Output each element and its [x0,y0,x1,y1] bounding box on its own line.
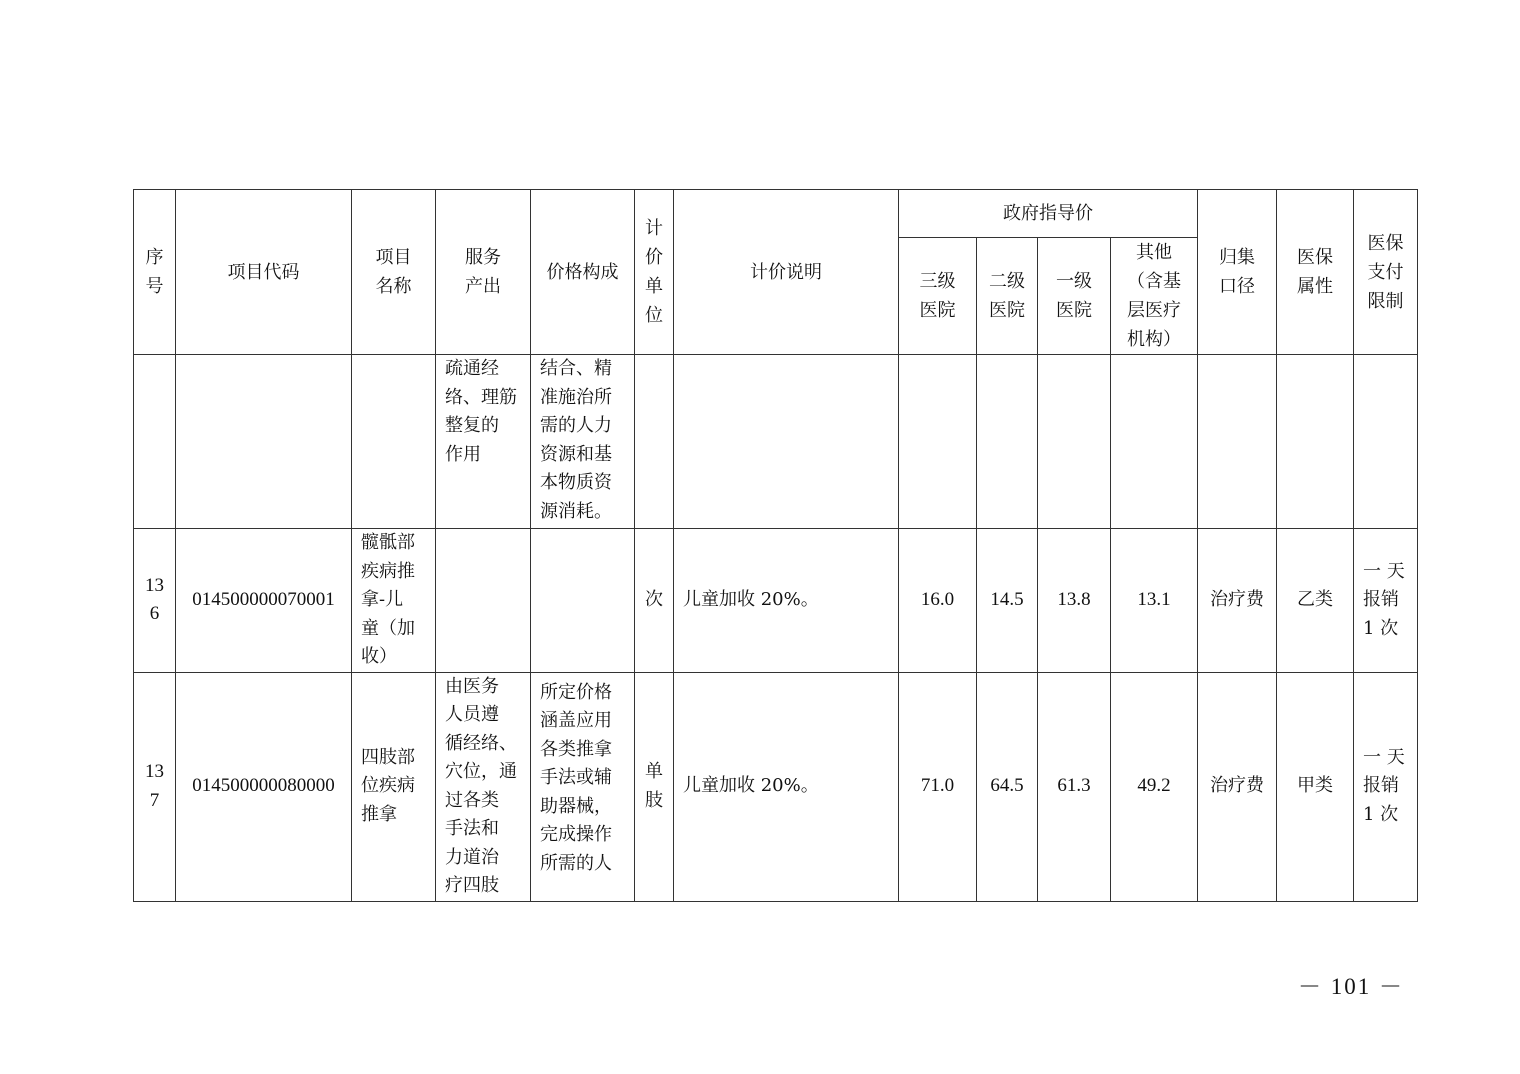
header-insurance-attr: 医保 属性 [1277,190,1354,355]
cell-price-composition: 结合、精 准施治所 需的人力 资源和基 本物质资 源消耗。 [531,355,635,529]
cell-insurance-attr: 甲类 [1277,672,1354,901]
cell-seq: 13 7 [134,672,176,901]
cell-level1: 13.8 [1038,529,1111,673]
header-seq: 序 号 [134,190,176,355]
cell-level1: 61.3 [1038,672,1111,901]
table-row: 13 6 014500000070001 髋骶部 疾病推 拿-儿 童（加 收） … [134,529,1418,673]
cell-other [1111,355,1198,529]
cell-other: 13.1 [1111,529,1198,673]
cell-level3 [899,355,977,529]
cell-level2: 64.5 [977,672,1038,901]
cell-service [436,529,531,673]
header-category: 归集 口径 [1198,190,1277,355]
cell-category: 治疗费 [1198,529,1277,673]
cell-pricing-notes: 儿童加收 20%。 [674,672,899,901]
cell-price-composition [531,529,635,673]
header-code: 项目代码 [176,190,352,355]
cell-name: 髋骶部 疾病推 拿-儿 童（加 收） [352,529,436,673]
cell-code: 014500000070001 [176,529,352,673]
price-table: 序 号 项目代码 项目 名称 服务 产出 价格构成 计 价 单 位 计价说明 政… [133,189,1418,902]
header-level3: 三级 医院 [899,238,977,355]
header-pricing-notes: 计价说明 [674,190,899,355]
cell-insurance-attr: 乙类 [1277,529,1354,673]
cell-name: 四肢部 位疾病 推拿 [352,672,436,901]
cell-name [352,355,436,529]
header-other: 其他 （含基 层医疗 机构） [1111,238,1198,355]
cell-code: 014500000080000 [176,672,352,901]
cell-pricing-notes [674,355,899,529]
cell-seq: 13 6 [134,529,176,673]
cell-service: 疏通经 络、理筋 整复的 作用 [436,355,531,529]
header-unit: 计 价 单 位 [635,190,674,355]
table-row: 疏通经 络、理筋 整复的 作用 结合、精 准施治所 需的人力 资源和基 本物质资… [134,355,1418,529]
cell-seq [134,355,176,529]
cell-level1 [1038,355,1111,529]
table-row: 13 7 014500000080000 四肢部 位疾病 推拿 由医务 人员遵 … [134,672,1418,901]
cell-unit: 单 肢 [635,672,674,901]
cell-level3: 16.0 [899,529,977,673]
header-name: 项目 名称 [352,190,436,355]
header-level1: 一级 医院 [1038,238,1111,355]
cell-code [176,355,352,529]
cell-category: 治疗费 [1198,672,1277,901]
cell-insurance-limit: 一 天 报销 1 次 [1354,672,1418,901]
cell-insurance-limit [1354,355,1418,529]
cell-insurance-limit: 一 天 报销 1 次 [1354,529,1418,673]
header-row-1: 序 号 项目代码 项目 名称 服务 产出 价格构成 计 价 单 位 计价说明 政… [134,190,1418,238]
header-level2: 二级 医院 [977,238,1038,355]
cell-category [1198,355,1277,529]
header-insurance-limit: 医保 支付 限制 [1354,190,1418,355]
cell-unit [635,355,674,529]
header-gov-price: 政府指导价 [899,190,1198,238]
cell-level3: 71.0 [899,672,977,901]
cell-unit: 次 [635,529,674,673]
cell-other: 49.2 [1111,672,1198,901]
cell-level2 [977,355,1038,529]
header-service: 服务 产出 [436,190,531,355]
page-number: － 101 － [1298,968,1404,1001]
cell-insurance-attr [1277,355,1354,529]
cell-level2: 14.5 [977,529,1038,673]
cell-service: 由医务 人员遵 循经络、 穴位，通 过各类 手法和 力道治 疗四肢 [436,672,531,901]
cell-pricing-notes: 儿童加收 20%。 [674,529,899,673]
header-price-composition: 价格构成 [531,190,635,355]
cell-price-composition: 所定价格 涵盖应用 各类推拿 手法或辅 助器械， 完成操作 所需的人 [531,672,635,901]
